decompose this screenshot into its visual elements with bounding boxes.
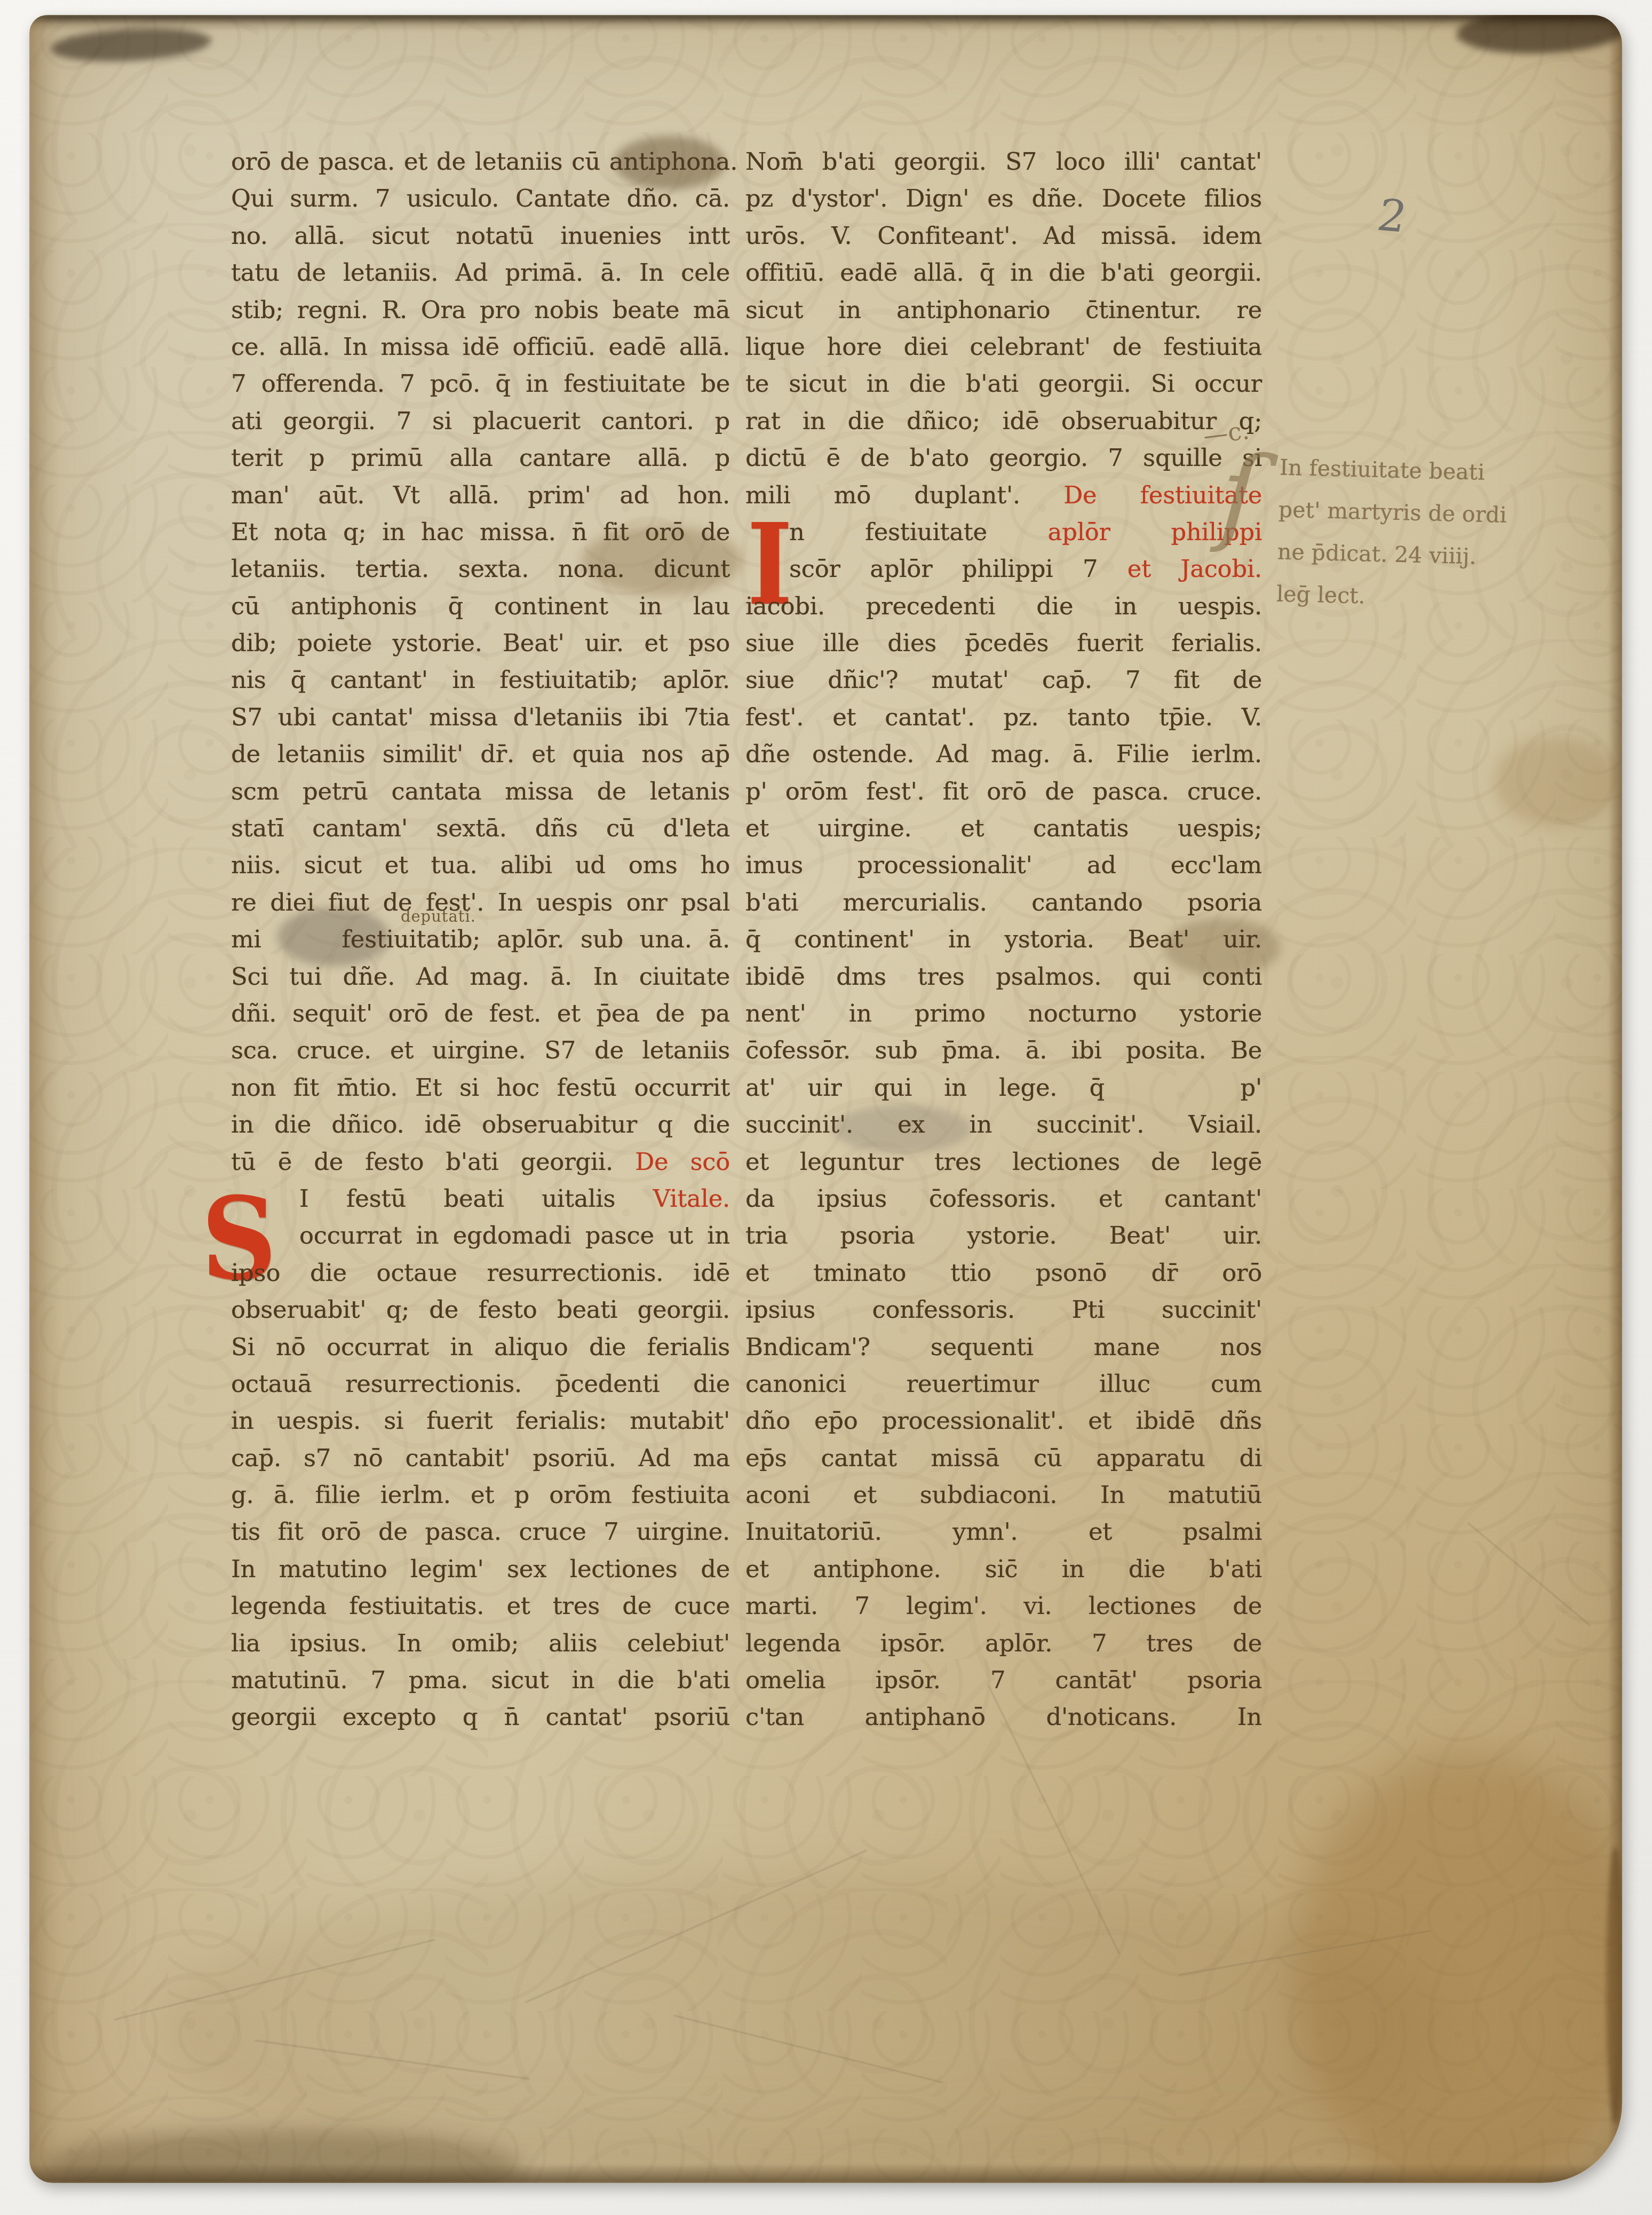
text-line: p' orōm fest'. fit orō de pasca. cruce.: [745, 773, 1262, 810]
body-text: sca. cruce. et uirgine. S7 de letaniis: [231, 1036, 730, 1064]
stain: [1291, 1751, 1622, 2183]
text-line: mi festiuitatib; aplōr. sub una. ā.deput…: [231, 921, 730, 958]
text-line: nis q̄ cantant' in festiuitatib; aplōr.: [231, 661, 730, 698]
body-text: legenda ipsōr. aplōr. 7 tres de: [745, 1629, 1262, 1657]
body-text: georgii excepto q n̄ cantat' psoriū: [231, 1703, 730, 1731]
body-text: c̄ofessōr. sub p̄ma. ā. ibi posita. Be: [745, 1036, 1262, 1064]
text-line: lia ipsius. In omib; aliis celebiut': [231, 1625, 730, 1662]
text-line: sicut in antiphonario c̄tinentur. re: [745, 291, 1262, 328]
body-text: re diei fiut de fest'. In uespis onr psa…: [231, 888, 730, 916]
body-text: et uirgine. et cantatis uespis;: [745, 814, 1262, 842]
text-line: canonici reuertimur illuc cum: [745, 1365, 1262, 1402]
text-line: iacobi. precedenti die in uespis.: [745, 588, 1262, 624]
body-text: scm petrū cantata missa de letanis: [231, 777, 730, 805]
body-text: cap̄. s7 nō cantabit' psoriū. Ad ma: [231, 1444, 730, 1472]
body-text: q̄ continent' in ystoria. Beat' uir.: [745, 925, 1262, 953]
margin-note-line: leḡ lect.: [1276, 573, 1622, 624]
text-line: omelia ipsōr. 7 cantāt' psoria: [745, 1662, 1262, 1698]
body-text: offitiū. eadē allā. q̄ in die b'ati geor…: [745, 258, 1262, 287]
body-text: et leguntur tres lectiones de legē: [745, 1148, 1262, 1176]
crease-line: [1178, 1930, 1431, 1975]
body-text: pz d'ystor'. Dign' es dñe. Docete filios: [745, 184, 1262, 212]
body-text: et tminato ttio psonō dr̄ orō: [745, 1259, 1262, 1287]
torn-edge-chip: [1456, 15, 1622, 57]
text-line: tū ē de festo b'ati georgii. De scō: [231, 1143, 730, 1180]
text-line: ce. allā. In missa idē officiū. eadē all…: [231, 328, 730, 365]
text-line: tatu de letaniis. Ad primā. ā. In cele: [231, 254, 730, 291]
body-text: ati georgii. 7 si placuerit cantori. p: [231, 407, 730, 435]
text-line: offitiū. eadē allā. q̄ in die b'ati geor…: [745, 254, 1262, 291]
body-text: Qui surm. 7 usiculo. Cantate dño. cā.: [231, 184, 730, 212]
text-line: cū antiphonis q̄ continent in lau: [231, 588, 730, 624]
body-text: tria psoria ystorie. Beat' uir.: [745, 1221, 1262, 1249]
text-line: c'tan antiphanō d'noticans. In: [745, 1698, 1262, 1735]
text-line: sca. cruce. et uirgine. S7 de letaniis: [231, 1032, 730, 1069]
body-text: n festiuitate: [789, 518, 1048, 546]
body-text: omelia ipsōr. 7 cantāt' psoria: [745, 1666, 1262, 1694]
body-text: niis. sicut et tua. alibi ud oms ho: [231, 851, 730, 879]
body-text: in uespis. si fuerit ferialis: mutabit': [231, 1406, 730, 1435]
text-line: nent' in primo nocturno ystorie: [745, 995, 1262, 1032]
body-text: in die dñico. idē obseruabitur q die: [231, 1110, 730, 1138]
crease-line: [255, 2040, 529, 2079]
text-line: S7 ubi cantat' missa d'letaniis ibi 7tia: [231, 699, 730, 735]
text-line: ipsius confessoris. Pti succinit': [745, 1291, 1262, 1328]
text-line: statī cantam' sextā. dñs cū d'leta: [231, 810, 730, 847]
text-line: b'ati mercurialis. cantando psoria: [745, 884, 1262, 921]
text-line: niis. sicut et tua. alibi ud oms ho: [231, 847, 730, 883]
body-text: imus processionalit' ad ecc'lam: [745, 851, 1262, 879]
body-text: dib; poiete ystorie. Beat' uir. et pso: [231, 629, 730, 657]
text-line: rat in die dñico; idē obseruabitur q;: [745, 402, 1262, 439]
text-line: in uespis. si fuerit ferialis: mutabit': [231, 1402, 730, 1439]
body-text: stib; regni. R. Ora pro nobis beate mā: [231, 296, 730, 324]
page-edge-left: [29, 15, 60, 2183]
body-text: occurrat in egdomadi pasce ut in: [299, 1221, 730, 1249]
body-text: dñi. sequit' orō de fest. et p̄ea de pa: [231, 999, 730, 1027]
text-line: dictū ē de b'ato georgio. 7 squille si: [745, 439, 1262, 476]
body-text: Inuitatoriū. ymn'. et psalmi: [745, 1517, 1262, 1546]
text-line: q̄ continent' in ystoria. Beat' uir.: [745, 921, 1262, 958]
text-line: te sicut in die b'ati georgii. Si occur: [745, 365, 1262, 402]
body-text: Nom̄ b'ati georgii. S7 loco illi' cantat…: [745, 147, 1262, 176]
text-line: n festiuitate aplōr philippi: [745, 513, 1262, 550]
text-line: fest'. et cantat'. pz. tanto tp̄ie. V.: [745, 699, 1262, 735]
body-text: no. allā. sicut notatū inuenies intt: [231, 222, 730, 250]
body-text: urōs. V. Confiteant'. Ad missā. idem: [745, 222, 1262, 250]
body-text: legenda festiuitatis. et tres de cuce: [231, 1592, 730, 1620]
text-line: ibidē dms tres psalmos. qui conti: [745, 958, 1262, 995]
body-text: cū antiphonis q̄ continent in lau: [231, 592, 730, 620]
text-line: et antiphone. sic̄ in die b'ati: [745, 1551, 1262, 1587]
body-text: orō de pasca. et de letaniis cū antiphon…: [231, 147, 737, 176]
crease-line: [1467, 1522, 1590, 1626]
text-line: octauā resurrectionis. p̄cedenti die: [231, 1365, 730, 1402]
body-text: In matutino legim' sex lectiones de: [231, 1555, 730, 1583]
text-line: no. allā. sicut notatū inuenies intt: [231, 217, 730, 254]
page-edge-bottom: [29, 2164, 1622, 2183]
body-text: siue dñic'? mutat' cap̄. 7 fit de: [745, 666, 1262, 694]
body-text: letaniis. tertia. sexta. nona. dicunt: [231, 555, 730, 583]
body-text: man' aūt. Vt allā. prim' ad hon.: [231, 481, 730, 509]
text-line: dñe ostende. Ad mag. ā. Filie ierlm.: [745, 735, 1262, 772]
body-text: Si nō occurrat in aliquo die ferialis: [231, 1333, 730, 1361]
text-line: matutinū. 7 pma. sicut in die b'ati: [231, 1662, 730, 1698]
page-edge-right: [1608, 15, 1622, 2183]
body-text: scōr aplōr philippi 7: [789, 555, 1127, 583]
scanned-document: 2 S I orō de pasca. et de letaniis cū an…: [0, 0, 1652, 2215]
body-text: ce. allā. In missa idē officiū. eadē all…: [231, 333, 730, 361]
text-line: orō de pasca. et de letaniis cū antiphon…: [231, 143, 730, 180]
text-line: tis fit orō de pasca. cruce 7 uirgine.: [231, 1513, 730, 1550]
text-line: In matutino legim' sex lectiones de: [231, 1551, 730, 1587]
body-text: tatu de letaniis. Ad primā. ā. In cele: [231, 258, 730, 287]
rubric-text: Vitale.: [653, 1184, 730, 1213]
body-text: siue ille dies p̄cedēs fuerit ferialis.: [745, 629, 1262, 657]
body-text: tis fit orō de pasca. cruce 7 uirgine.: [231, 1517, 730, 1546]
text-line: ipso die octaue resurrectionis. idē: [231, 1254, 730, 1291]
stain: [43, 2130, 523, 2183]
body-text: iacobi. precedenti die in uespis.: [745, 592, 1262, 620]
body-text: dño ep̄o processionalit'. et ibidē dñs: [745, 1406, 1262, 1435]
body-text: c'tan antiphanō d'noticans. In: [745, 1703, 1262, 1731]
text-line: urōs. V. Confiteant'. Ad missā. idem: [745, 217, 1262, 254]
rubric-text: et Jacobi.: [1127, 555, 1262, 583]
text-line: et uirgine. et cantatis uespis;: [745, 810, 1262, 847]
text-line: marti. 7 legim'. vi. lectiones de: [745, 1587, 1262, 1624]
body-text: et antiphone. sic̄ in die b'ati: [745, 1555, 1262, 1583]
text-line: scōr aplōr philippi 7 et Jacobi.: [745, 550, 1262, 587]
text-line: in die dñico. idē obseruabitur q die: [231, 1106, 730, 1143]
body-text: da ipsius c̄ofessoris. et cantant': [745, 1184, 1262, 1213]
text-line: man' aūt. Vt allā. prim' ad hon.: [231, 477, 730, 513]
text-line: dib; poiete ystorie. Beat' uir. et pso: [231, 624, 730, 661]
body-text: te sicut in die b'ati georgii. Si occur: [745, 369, 1262, 398]
body-text: dñe ostende. Ad mag. ā. Filie ierlm.: [745, 740, 1262, 768]
text-line: stib; regni. R. Ora pro nobis beate mā: [231, 291, 730, 328]
right-text-column: Nom̄ b'ati georgii. S7 loco illi' cantat…: [745, 143, 1262, 1736]
body-text: nent' in primo nocturno ystorie: [745, 999, 1262, 1027]
text-line: re diei fiut de fest'. In uespis onr psa…: [231, 884, 730, 921]
text-line: non fit m̄tio. Et si hoc festū occurrit: [231, 1069, 730, 1106]
text-line: da ipsius c̄ofessoris. et cantant': [745, 1180, 1262, 1217]
body-text: lique hore diei celebrant' de festiuita: [745, 333, 1262, 361]
body-text: g. ā. filie ierlm. et p orōm festiuita: [231, 1481, 730, 1509]
text-line: Qui surm. 7 usiculo. Cantate dño. cā.: [231, 180, 730, 217]
text-line: lique hore diei celebrant' de festiuita: [745, 328, 1262, 365]
text-line: at' uir qui in lege. q̄ p': [745, 1069, 1262, 1106]
text-line: g. ā. filie ierlm. et p orōm festiuita: [231, 1476, 730, 1513]
text-line: legenda festiuitatis. et tres de cuce: [231, 1587, 730, 1624]
crease-line: [673, 2015, 943, 2083]
body-text: dictū ē de b'ato georgio. 7 squille si: [745, 444, 1262, 472]
text-line: Sci tui dñe. Ad mag. ā. In ciuitate: [231, 958, 730, 995]
text-line: georgii excepto q n̄ cantat' psoriū: [231, 1698, 730, 1735]
body-text: ep̄s cantat missā cū apparatu di: [745, 1444, 1262, 1472]
text-line: tria psoria ystorie. Beat' uir.: [745, 1217, 1262, 1254]
text-line: pz d'ystor'. Dign' es dñe. Docete filios: [745, 180, 1262, 217]
body-text: mili mō duplant'.: [745, 481, 1063, 509]
text-line: aconi et subdiaconi. In matutiū: [745, 1476, 1262, 1513]
body-text: rat in die dñico; idē obseruabitur q;: [745, 407, 1262, 435]
text-line: I festū beati uitalis Vitale.: [231, 1180, 730, 1217]
body-text: obseruabit' q; de festo beati georgii.: [231, 1295, 730, 1324]
body-text: Et nota q; in hac missa. n̄ fit orō de: [231, 518, 730, 546]
text-line: terit p primū alla cantare allā. p: [231, 439, 730, 476]
body-text: octauā resurrectionis. p̄cedenti die: [231, 1370, 730, 1398]
body-text: marti. 7 legim'. vi. lectiones de: [745, 1592, 1262, 1620]
text-line: 7 offerenda. 7 pcō. q̄ in festiuitate be: [231, 365, 730, 402]
body-text: Sci tui dñe. Ad mag. ā. In ciuitate: [231, 962, 730, 991]
stain: [160, 1868, 1441, 2183]
text-line: letaniis. tertia. sexta. nona. dicunt: [231, 550, 730, 587]
body-text: 7 offerenda. 7 pcō. q̄ in festiuitate be: [231, 369, 730, 398]
body-text: mi festiuitatib; aplōr. sub una. ā.: [231, 925, 730, 953]
margin-brace-mark: ſ: [1217, 441, 1264, 550]
body-text: S7 ubi cantat' missa d'letaniis ibi 7tia: [231, 703, 730, 731]
body-text: b'ati mercurialis. cantando psoria: [745, 888, 1262, 916]
text-line: succinit'. ex in succinit'. Vsiail.: [745, 1106, 1262, 1143]
body-text: Bndicam'? sequenti mane nos: [745, 1333, 1262, 1361]
text-line: scm petrū cantata missa de letanis: [231, 773, 730, 810]
body-text: statī cantam' sextā. dñs cū d'leta: [231, 814, 730, 842]
torn-edge-chip: [1606, 1847, 1622, 2124]
rubric-text: De scō: [635, 1148, 730, 1176]
text-line: et tminato ttio psonō dr̄ orō: [745, 1254, 1262, 1291]
text-line: Nom̄ b'ati georgii. S7 loco illi' cantat…: [745, 143, 1262, 180]
text-line: cap̄. s7 nō cantabit' psoriū. Ad ma: [231, 1439, 730, 1476]
left-text-column: orō de pasca. et de letaniis cū antiphon…: [231, 143, 730, 1736]
margin-annotation: In festiuitate beatipet' martyris de ord…: [1276, 446, 1622, 624]
page-edge-top: [29, 15, 1622, 31]
body-text: p' orōm fest'. fit orō de pasca. cruce.: [745, 777, 1262, 805]
body-text: lia ipsius. In omib; aliis celebiut': [231, 1629, 730, 1657]
text-line: Si nō occurrat in aliquo die ferialis: [231, 1328, 730, 1365]
text-line: et leguntur tres lectiones de legē: [745, 1143, 1262, 1180]
body-text: ipso die octaue resurrectionis. idē: [231, 1259, 730, 1287]
body-text: at' uir qui in lege. q̄ p': [745, 1073, 1262, 1102]
text-line: mili mō duplant'. De festiuitate: [745, 477, 1262, 513]
text-line: c̄ofessōr. sub p̄ma. ā. ibi posita. Be: [745, 1032, 1262, 1069]
body-text: tū ē de festo b'ati georgii.: [231, 1148, 635, 1176]
crease-line: [114, 1939, 435, 2020]
folio-number: 2: [1373, 190, 1411, 242]
text-line: occurrat in egdomadi pasce ut in: [231, 1217, 730, 1254]
text-line: legenda ipsōr. aplōr. 7 tres de: [745, 1625, 1262, 1662]
body-text: fest'. et cantat'. pz. tanto tp̄ie. V.: [745, 703, 1262, 731]
text-line: siue dñic'? mutat' cap̄. 7 fit de: [745, 661, 1262, 698]
text-line: Inuitatoriū. ymn'. et psalmi: [745, 1513, 1262, 1550]
text-line: Bndicam'? sequenti mane nos: [745, 1328, 1262, 1365]
body-text: I festū beati uitalis: [299, 1184, 653, 1213]
body-text: aconi et subdiaconi. In matutiū: [745, 1481, 1262, 1509]
body-text: succinit'. ex in succinit'. Vsiail.: [745, 1110, 1262, 1138]
text-line: imus processionalit' ad ecc'lam: [745, 847, 1262, 883]
body-text: nis q̄ cantant' in festiuitatib; aplōr.: [231, 666, 730, 694]
text-line: ati georgii. 7 si placuerit cantori. p: [231, 402, 730, 439]
body-text: de letaniis similit' dr̄. et quia nos ap…: [231, 740, 730, 768]
text-line: ep̄s cantat missā cū apparatu di: [745, 1439, 1262, 1476]
text-line: dñi. sequit' orō de fest. et p̄ea de pa: [231, 995, 730, 1032]
body-text: matutinū. 7 pma. sicut in die b'ati: [231, 1666, 730, 1694]
body-text: ipsius confessoris. Pti succinit': [745, 1295, 1262, 1324]
body-text: terit p primū alla cantare allā. p: [231, 444, 730, 472]
torn-edge-chip: [50, 25, 212, 65]
text-line: de letaniis similit' dr̄. et quia nos ap…: [231, 735, 730, 772]
body-text: non fit m̄tio. Et si hoc festū occurrit: [231, 1073, 730, 1102]
stain: [1494, 737, 1617, 827]
body-text: sicut in antiphonario c̄tinentur. re: [745, 296, 1262, 324]
body-text: ibidē dms tres psalmos. qui conti: [745, 962, 1262, 991]
body-text: canonici reuertimur illuc cum: [745, 1370, 1262, 1398]
text-line: dño ep̄o processionalit'. et ibidē dñs: [745, 1402, 1262, 1439]
text-line: obseruabit' q; de festo beati georgii.: [231, 1291, 730, 1328]
text-line: siue ille dies p̄cedēs fuerit ferialis.: [745, 624, 1262, 661]
text-line: Et nota q; in hac missa. n̄ fit orō de: [231, 513, 730, 550]
manuscript-page: 2 S I orō de pasca. et de letaniis cū an…: [29, 15, 1622, 2183]
crease-line: [526, 1850, 867, 2003]
interlinear-correction: deputati.: [401, 909, 476, 924]
